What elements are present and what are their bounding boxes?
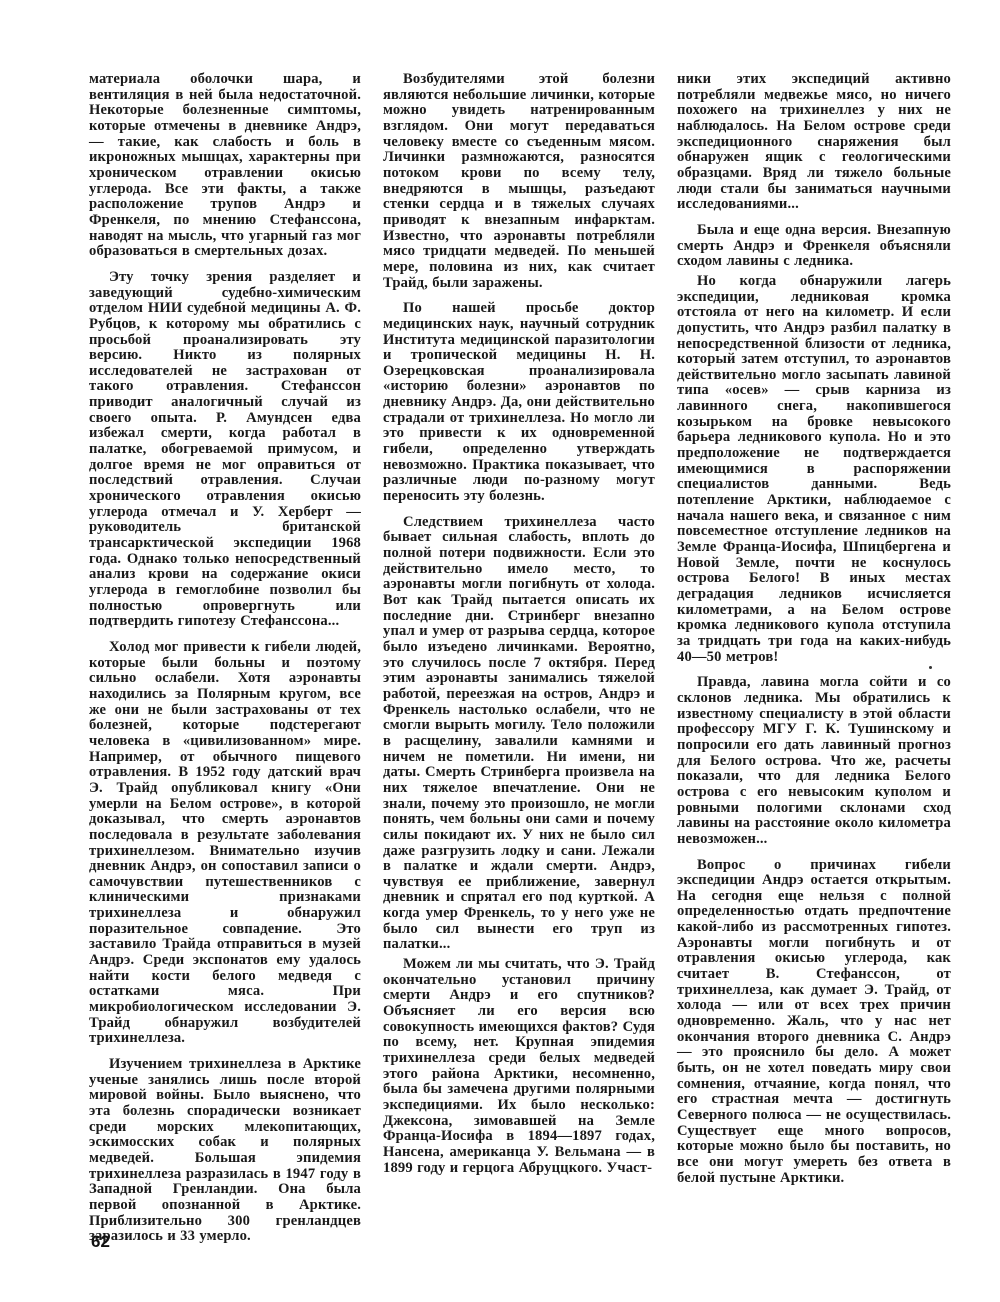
paragraph: Правда, лавина могла сойти и со склонов … [677,675,951,847]
paragraph: По нашей просьбе доктор медицинских наук… [383,301,655,505]
text-column-1: материала оболочки шара, и вентиляция в … [89,72,361,1255]
paragraph: Холод мог привести к гибели людей, котор… [89,640,361,1047]
page-number: 62 [91,1232,110,1252]
paragraph: Была и еще одна версия. Внезапную смерть… [677,223,951,270]
paragraph: Изучением трихинеллеза в Арктике ученые … [89,1057,361,1245]
magazine-page: материала оболочки шара, и вентиляция в … [0,0,1000,1302]
paragraph: Следствием трихинеллеза часто бывает сил… [383,515,655,953]
print-speck [929,666,932,669]
paragraph: Можем ли мы считать, что Э. Трайд оконча… [383,957,655,1176]
paragraph: Эту точку зрения разделяет и заведующий … [89,270,361,630]
paragraph: ники этих экспедиций активно потребляли … [677,72,951,213]
text-column-3: ники этих экспедиций активно потребляли … [677,72,951,1196]
paragraph: материала оболочки шара, и вентиляция в … [89,72,361,260]
paragraph: Но когда обнаружили лагерь экспедиции, л… [677,274,951,665]
text-column-2: Возбудителями этой болезни являются небо… [383,72,655,1186]
paragraph: Вопрос о причинах гибели экспедиции Андр… [677,858,951,1187]
paragraph: Возбудителями этой болезни являются небо… [383,72,655,291]
